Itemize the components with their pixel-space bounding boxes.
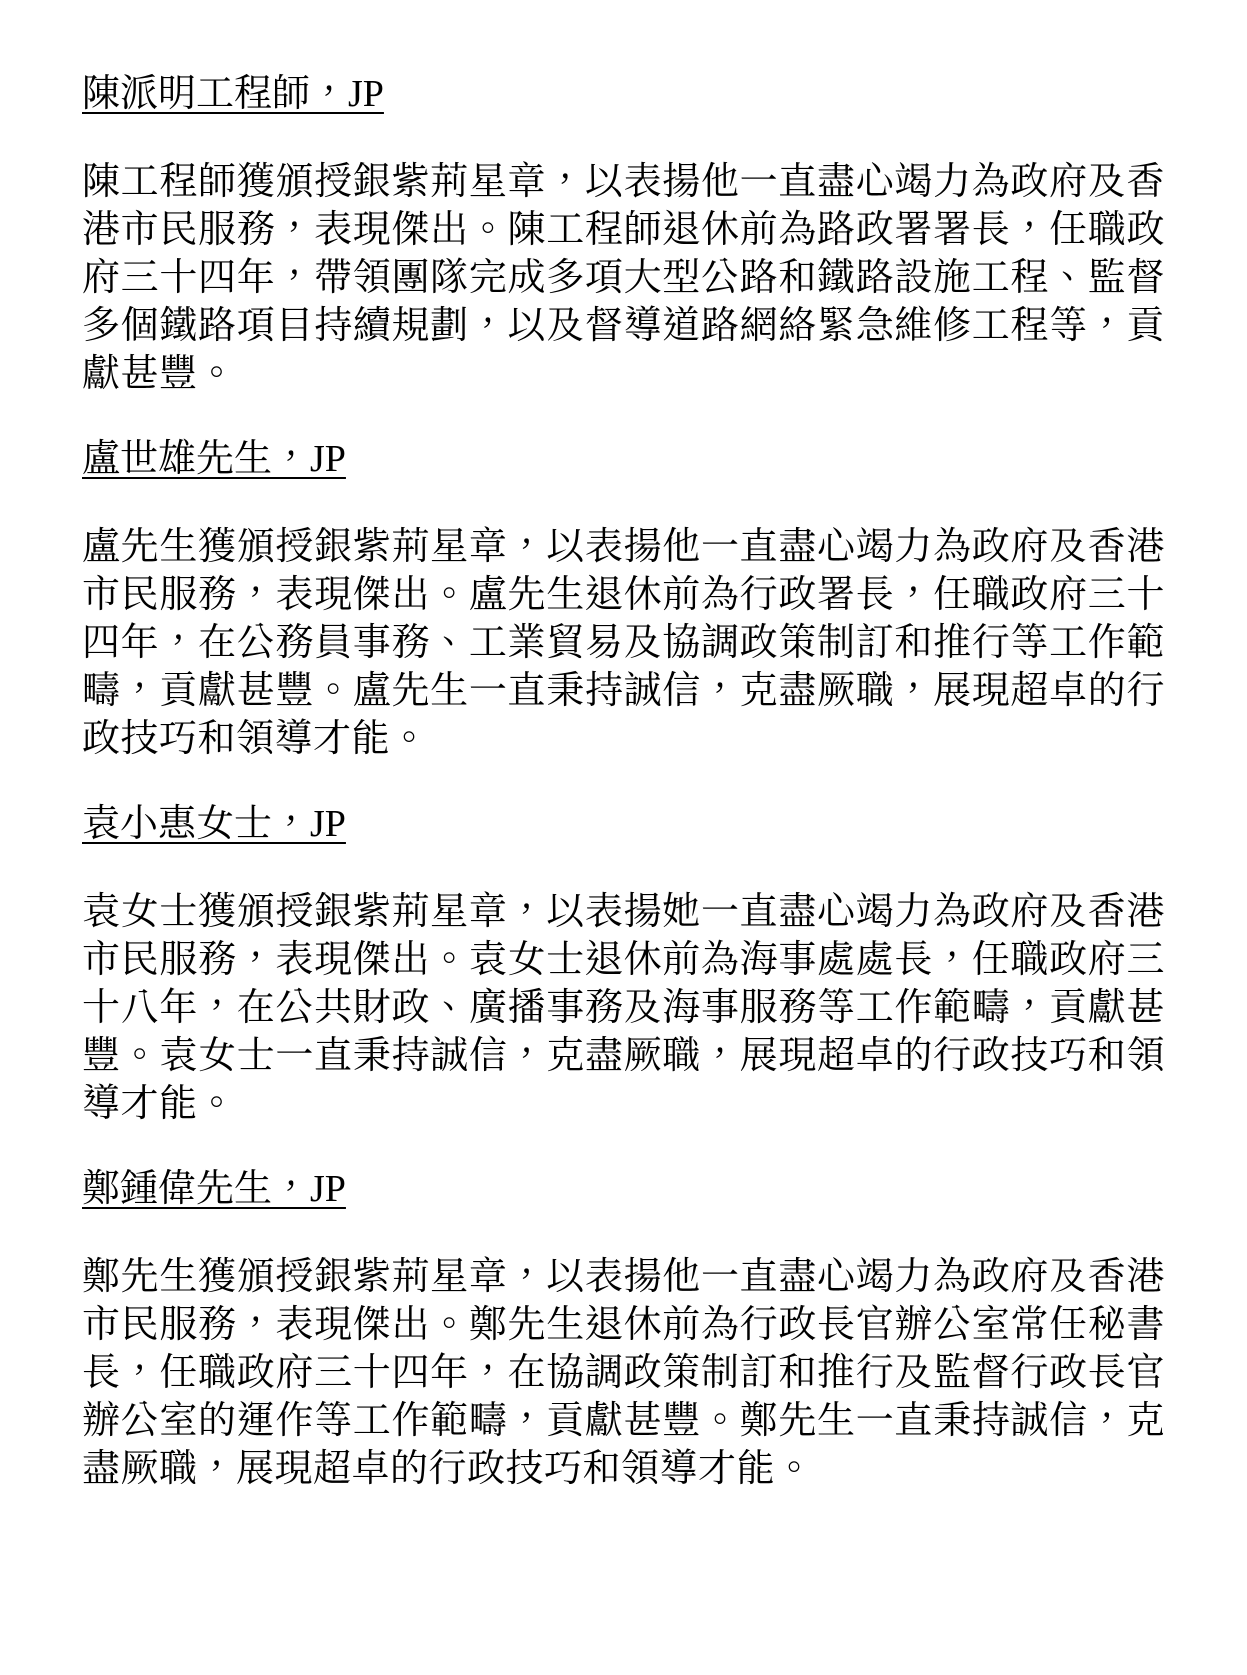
citation-paragraph: 陳工程師獲頒授銀紫荊星章，以表揚他一直盡心竭力為政府及香港市民服務，表現傑出。陳…	[82, 158, 1165, 398]
award-section-3: 袁小惠女士，JP 袁女士獲頒授銀紫荊星章，以表揚她一直盡心竭力為政府及香港市民服…	[82, 800, 1165, 1128]
recipient-name-heading: 陳派明工程師，JP	[82, 70, 1165, 118]
citation-paragraph: 鄭先生獲頒授銀紫荊星章，以表揚他一直盡心竭力為政府及香港市民服務，表現傑出。鄭先…	[82, 1253, 1165, 1493]
citation-paragraph: 盧先生獲頒授銀紫荊星章，以表揚他一直盡心竭力為政府及香港市民服務，表現傑出。盧先…	[82, 523, 1165, 763]
award-section-4: 鄭鍾偉先生，JP 鄭先生獲頒授銀紫荊星章，以表揚他一直盡心竭力為政府及香港市民服…	[82, 1165, 1165, 1493]
recipient-name-heading: 袁小惠女士，JP	[82, 800, 1165, 848]
award-section-2: 盧世雄先生，JP 盧先生獲頒授銀紫荊星章，以表揚他一直盡心竭力為政府及香港市民服…	[82, 435, 1165, 763]
document-page: 陳派明工程師，JP 陳工程師獲頒授銀紫荊星章，以表揚他一直盡心竭力為政府及香港市…	[0, 0, 1247, 1675]
recipient-name-heading: 鄭鍾偉先生，JP	[82, 1165, 1165, 1213]
recipient-name-heading: 盧世雄先生，JP	[82, 435, 1165, 483]
citation-paragraph: 袁女士獲頒授銀紫荊星章，以表揚她一直盡心竭力為政府及香港市民服務，表現傑出。袁女…	[82, 888, 1165, 1128]
award-section-1: 陳派明工程師，JP 陳工程師獲頒授銀紫荊星章，以表揚他一直盡心竭力為政府及香港市…	[82, 70, 1165, 398]
